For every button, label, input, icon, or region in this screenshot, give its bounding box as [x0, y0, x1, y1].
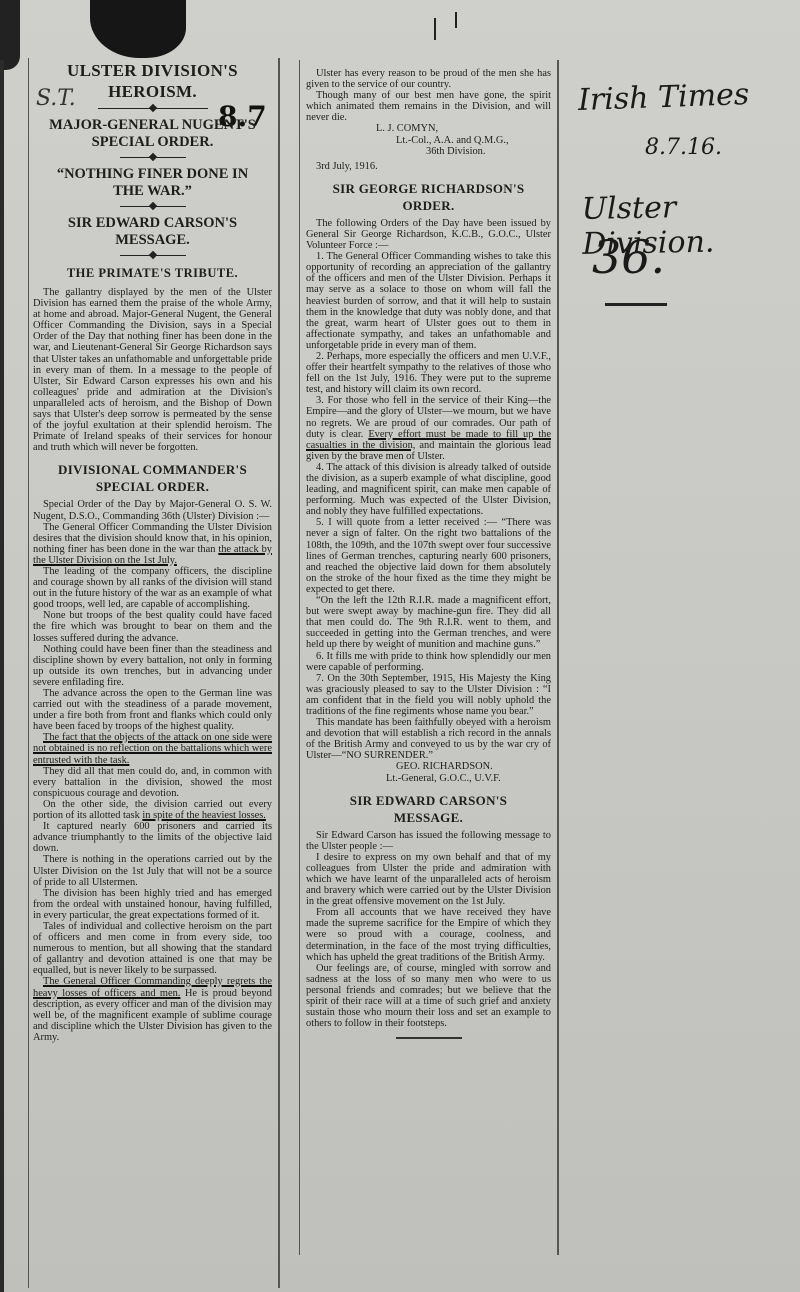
signature-unit: 36th Division.	[306, 146, 551, 157]
carson-intro: Sir Edward Carson has issued the followi…	[306, 830, 551, 852]
order-paragraph: There is nothing in the operations carri…	[33, 854, 272, 887]
underlined-text: The fact that the objects of the attack …	[33, 732, 272, 765]
pen-mark	[455, 12, 457, 28]
order-item: 2. Perhaps, more especially the officers…	[306, 351, 551, 395]
order-paragraph: The General Officer Commanding the Ulste…	[33, 522, 272, 566]
order-item: 4. The attack of this division is alread…	[306, 462, 551, 517]
subheadline-nugent: MAJOR-GENERAL NUGENT'S SPECIAL ORDER.	[33, 117, 272, 151]
headline: ULSTER DIVISION'S HEROISM.	[33, 60, 272, 102]
richardson-intro: The following Orders of the Day have bee…	[306, 218, 551, 251]
section-heading-line: SPECIAL ORDER.	[33, 478, 272, 495]
order-item: 1. The General Officer Commanding wishes…	[306, 251, 551, 351]
subheadline-carson: SIR EDWARD CARSON'S MESSAGE.	[33, 215, 272, 249]
order-paragraph: The advance across the open to the Germa…	[33, 688, 272, 732]
subheadline-line: SPECIAL ORDER.	[33, 134, 272, 151]
subheadline-line: MAJOR-GENERAL NUGENT'S	[33, 117, 272, 134]
signature-rank: Lt.-Col., A.A. and Q.M.G.,	[306, 135, 551, 146]
section-heading-line: MESSAGE.	[306, 809, 551, 826]
handwritten-number: 36.	[592, 230, 665, 284]
order-paragraph: The General Officer Commanding deeply re…	[33, 976, 272, 1043]
page-edge	[0, 60, 4, 1292]
section-heading-carson: SIR EDWARD CARSON'S MESSAGE.	[306, 792, 551, 826]
handwritten-date: 8.7.16.	[645, 135, 722, 160]
signature-name: GEO. RICHARDSON.	[306, 761, 551, 772]
headline-line: ULSTER DIVISION'S	[33, 60, 272, 81]
order-paragraph: Tales of individual and collective heroi…	[33, 921, 272, 976]
order-item: 5. I will quote from a letter received :…	[306, 517, 551, 595]
section-heading-divisional: DIVISIONAL COMMANDER'S SPECIAL ORDER.	[33, 461, 272, 495]
order-paragraph: The leading of the company officers, the…	[33, 566, 272, 610]
end-rule	[396, 1037, 462, 1039]
ornament-rule	[98, 108, 208, 109]
order-paragraph: They did all that men could do, and, in …	[33, 766, 272, 799]
ornament-rule	[120, 157, 186, 158]
order-paragraph: The division has been highly tried and h…	[33, 888, 272, 921]
carson-paragraph: From all accounts that we have received …	[306, 907, 551, 962]
order-paragraph: Nothing could have been finer than the s…	[33, 644, 272, 688]
handwritten-underline	[605, 303, 667, 306]
ornament-rule	[120, 255, 186, 256]
pen-mark	[434, 18, 436, 40]
underlined-text: in spite of the heaviest losses.	[142, 810, 266, 821]
left-article-column: ULSTER DIVISION'S HEROISM. MAJOR-GENERAL…	[28, 58, 280, 1288]
headline-line: HEROISM.	[33, 81, 272, 102]
primate-paragraph: The gallantry displayed by the men of th…	[33, 287, 272, 453]
order-item: “On the left the 12th R.I.R. made a magn…	[306, 595, 551, 650]
section-heading-line: SIR GEORGE RICHARDSON'S	[306, 180, 551, 197]
section-heading-line: SIR EDWARD CARSON'S	[306, 792, 551, 809]
order-paragraph: On the other side, the division carried …	[33, 799, 272, 821]
signature-rank: Lt.-General, G.O.C., U.V.F.	[306, 773, 551, 784]
closing-paragraph: Ulster has every reason to be proud of t…	[306, 68, 551, 90]
section-heading-primate: THE PRIMATE'S TRIBUTE.	[33, 266, 272, 281]
order-item: This mandate has been faithfully obeyed …	[306, 717, 551, 761]
subheadline-line: “NOTHING FINER DONE IN	[33, 166, 272, 183]
subheadline-quote: “NOTHING FINER DONE IN THE WAR.”	[33, 166, 272, 200]
order-paragraph: None but troops of the best quality coul…	[33, 610, 272, 643]
carson-paragraph: Our feelings are, of course, mingled wit…	[306, 963, 551, 1030]
carson-paragraph: I desire to express on my own behalf and…	[306, 852, 551, 907]
section-heading-line: DIVISIONAL COMMANDER'S	[33, 461, 272, 478]
order-item: 7. On the 30th September, 1915, His Maje…	[306, 673, 551, 717]
signature-name: L. J. COMYN,	[306, 123, 551, 134]
order-item: 3. For those who fell in the service of …	[306, 395, 551, 462]
subheadline-line: SIR EDWARD CARSON'S	[33, 215, 272, 232]
dateline: 3rd July, 1916.	[306, 161, 551, 172]
closing-paragraph: Though many of our best men have gone, t…	[306, 90, 551, 123]
order-paragraph: It captured nearly 600 prisoners and car…	[33, 821, 272, 854]
ornament-rule	[120, 206, 186, 207]
order-paragraph: The fact that the objects of the attack …	[33, 732, 272, 765]
subheadline-line: MESSAGE.	[33, 232, 272, 249]
subheadline-line: THE WAR.”	[33, 183, 272, 200]
section-heading-line: ORDER.	[306, 197, 551, 214]
middle-article-column: Ulster has every reason to be proud of t…	[299, 60, 559, 1255]
handwritten-publication: Irish Times	[577, 77, 749, 118]
section-heading-richardson: SIR GEORGE RICHARDSON'S ORDER.	[306, 180, 551, 214]
order-item: 6. It fills me with pride to think how s…	[306, 651, 551, 673]
divisional-intro: Special Order of the Day by Major-Genera…	[33, 499, 272, 521]
